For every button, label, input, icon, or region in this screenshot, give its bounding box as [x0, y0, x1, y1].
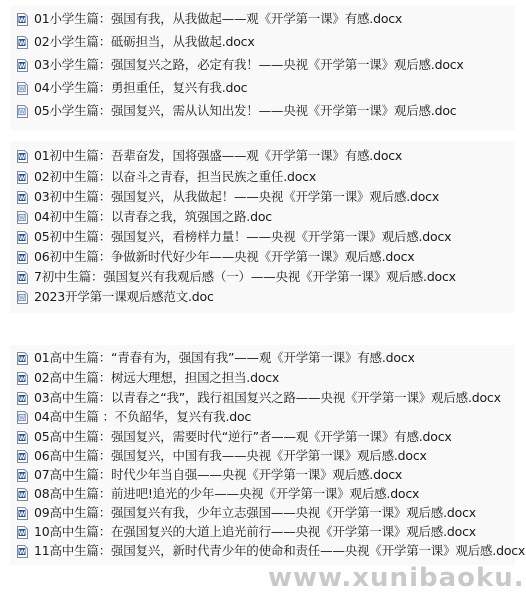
file-name: 04高中生篇 ：不负韶华，复兴有我.doc [34, 408, 251, 426]
file-name: 11高中生篇：强国复兴，新时代青少年的使命和责任——央视《开学第一课》观后感.d… [34, 542, 525, 560]
file-item[interactable]: W11高中生篇：强国复兴，新时代青少年的使命和责任——央视《开学第一课》观后感.… [17, 542, 525, 560]
svg-text:W: W [19, 86, 25, 92]
file-name: 2023开学第一课观后感范文.doc [34, 288, 214, 306]
file-name: 01小学生篇：强国有我，从我做起——观《开学第一课》有感.docx [34, 10, 402, 28]
file-item[interactable]: W03初中生篇：强国复兴，从我做起！——央视《开学第一课》观后感.docx [17, 188, 439, 206]
svg-text:W: W [19, 395, 26, 402]
file-item[interactable]: W06高中生篇：强国复兴，中国有我——央视《开学第一课》观后感.docx [17, 447, 427, 465]
svg-text:W: W [19, 548, 26, 555]
word-docx-icon: W [17, 488, 28, 501]
word-docx-icon: W [17, 469, 28, 482]
word-docx-icon: W [17, 13, 28, 26]
word-docx-icon: W [17, 271, 28, 284]
word-docx-icon: W [17, 507, 28, 520]
file-item[interactable]: W04小学生篇：勇担重任，复兴有我.doc [17, 79, 247, 97]
file-name: 02小学生篇：砥砺担当，从我做起.docx [34, 33, 255, 51]
file-item[interactable]: W07高中生篇：时代少年当自强——央视《开学第一课》观后感.docx [17, 466, 402, 484]
file-item[interactable]: W04高中生篇 ：不负韶华，复兴有我.doc [17, 408, 251, 426]
svg-text:W: W [19, 215, 25, 221]
file-name: 04初中生篇：以青春之我，筑强国之路.doc [34, 208, 272, 226]
file-name: 7初中生篇：强国复兴有我观后感（一）——央视《开学第一课》观后感.docx [34, 268, 456, 286]
word-docx-icon: W [17, 450, 28, 463]
svg-text:W: W [19, 174, 26, 181]
file-name: 08高中生篇：前进吧!追光的少年——央视《开学第一课》观后感.docx [34, 485, 419, 503]
svg-text:W: W [19, 153, 26, 160]
svg-text:W: W [19, 355, 26, 362]
word-doc-icon: W [17, 411, 28, 424]
svg-text:W: W [19, 39, 26, 46]
svg-text:W: W [19, 415, 25, 421]
file-name: 02初中生篇：以奋斗之青春，担当民族之重任.docx [34, 168, 316, 186]
word-doc-icon: W [17, 291, 28, 304]
svg-text:W: W [19, 62, 26, 69]
word-docx-icon: W [17, 431, 28, 444]
word-docx-icon: W [17, 231, 28, 244]
file-name: 03高中生篇：以青春之“我”，践行祖国复兴之路——央视《开学第一课》观后感.do… [34, 389, 501, 407]
file-item[interactable]: W01小学生篇：强国有我，从我做起——观《开学第一课》有感.docx [17, 10, 402, 28]
svg-text:W: W [19, 434, 26, 441]
svg-text:W: W [19, 472, 26, 479]
word-docx-icon: W [17, 150, 28, 163]
file-item[interactable]: W02初中生篇：以奋斗之青春，担当民族之重任.docx [17, 168, 316, 186]
word-docx-icon: W [17, 545, 28, 558]
file-name: 06初中生篇：争做新时代好少年——央视《开学第一课》观后感.docx [34, 248, 414, 266]
svg-text:W: W [19, 254, 26, 261]
file-item[interactable]: W05高中生篇：强国复兴，需要时代“逆行”者——观《开学第一课》有感.docx [17, 428, 452, 446]
svg-text:W: W [19, 194, 26, 201]
file-name: 09高中生篇：强国复兴有我，少年立志强国——央视《开学第一课》观后感.docx [34, 504, 476, 522]
word-docx-icon: W [17, 372, 28, 385]
file-name: 05小学生篇：强国复兴，需从认知出发！——央视《开学第一课》观后感.doc [34, 102, 456, 120]
file-name: 02高中生篇：树远大理想，担国之担当.docx [34, 369, 279, 387]
svg-text:W: W [19, 453, 26, 460]
file-item[interactable]: W05小学生篇：强国复兴，需从认知出发！——央视《开学第一课》观后感.doc [17, 102, 456, 120]
word-docx-icon: W [17, 36, 28, 49]
file-name: 01初中生篇：吾辈奋发，国将强盛——观《开学第一课》有感.docx [34, 147, 402, 165]
svg-text:W: W [19, 274, 26, 281]
file-name: 07高中生篇：时代少年当自强——央视《开学第一课》观后感.docx [34, 466, 402, 484]
file-name: 04小学生篇：勇担重任，复兴有我.doc [34, 79, 247, 97]
file-item[interactable]: W7初中生篇：强国复兴有我观后感（一）——央视《开学第一课》观后感.docx [17, 268, 456, 286]
file-name: 05高中生篇：强国复兴，需要时代“逆行”者——观《开学第一课》有感.docx [34, 428, 452, 446]
file-item[interactable]: W05初中生篇：强国复兴，看榜样力量！——央视《开学第一课》观后感.docx [17, 228, 451, 246]
file-name: 05初中生篇：强国复兴，看榜样力量！——央视《开学第一课》观后感.docx [34, 228, 451, 246]
file-item[interactable]: W02高中生篇：树远大理想，担国之担当.docx [17, 369, 279, 387]
svg-text:W: W [19, 16, 26, 23]
svg-text:W: W [19, 295, 25, 301]
file-name: 06高中生篇：强国复兴，中国有我——央视《开学第一课》观后感.docx [34, 447, 427, 465]
file-name: 03初中生篇：强国复兴，从我做起！——央视《开学第一课》观后感.docx [34, 188, 439, 206]
word-doc-icon: W [17, 105, 28, 118]
word-docx-icon: W [17, 526, 28, 539]
word-docx-icon: W [17, 251, 28, 264]
file-item[interactable]: W06初中生篇：争做新时代好少年——央视《开学第一课》观后感.docx [17, 248, 414, 266]
file-item[interactable]: W09高中生篇：强国复兴有我，少年立志强国——央视《开学第一课》观后感.docx [17, 504, 476, 522]
word-docx-icon: W [17, 59, 28, 72]
word-docx-icon: W [17, 171, 28, 184]
svg-text:W: W [19, 375, 26, 382]
file-item[interactable]: W03小学生篇：强国复兴之路，必定有我！——央视《开学第一课》观后感.docx [17, 56, 464, 74]
word-docx-icon: W [17, 352, 28, 365]
word-docx-icon: W [17, 191, 28, 204]
file-name: 10高中生篇：在强国复兴的大道上追光前行——央视《开学第一课》观后感.docx [34, 523, 476, 541]
svg-text:W: W [19, 529, 26, 536]
svg-text:W: W [19, 234, 26, 241]
file-item[interactable]: W01高中生篇：“青春有为，强国有我”——观《开学第一课》有感.docx [17, 349, 415, 367]
watermark: www.xunibaoku.com [268, 563, 526, 593]
word-doc-icon: W [17, 211, 28, 224]
word-docx-icon: W [17, 392, 28, 405]
file-item[interactable]: W04初中生篇：以青春之我，筑强国之路.doc [17, 208, 272, 226]
file-item[interactable]: W08高中生篇：前进吧!追光的少年——央视《开学第一课》观后感.docx [17, 485, 419, 503]
file-item[interactable]: W01初中生篇：吾辈奋发，国将强盛——观《开学第一课》有感.docx [17, 147, 402, 165]
file-item[interactable]: W2023开学第一课观后感范文.doc [17, 288, 214, 306]
svg-text:W: W [19, 491, 26, 498]
svg-text:W: W [19, 510, 26, 517]
file-item[interactable]: W03高中生篇：以青春之“我”，践行祖国复兴之路——央视《开学第一课》观后感.d… [17, 389, 501, 407]
file-item[interactable]: W02小学生篇：砥砺担当，从我做起.docx [17, 33, 255, 51]
file-name: 01高中生篇：“青春有为，强国有我”——观《开学第一课》有感.docx [34, 349, 415, 367]
file-name: 03小学生篇：强国复兴之路，必定有我！——央视《开学第一课》观后感.docx [34, 56, 464, 74]
word-doc-icon: W [17, 82, 28, 95]
file-item[interactable]: W10高中生篇：在强国复兴的大道上追光前行——央视《开学第一课》观后感.docx [17, 523, 476, 541]
svg-text:W: W [19, 109, 25, 115]
